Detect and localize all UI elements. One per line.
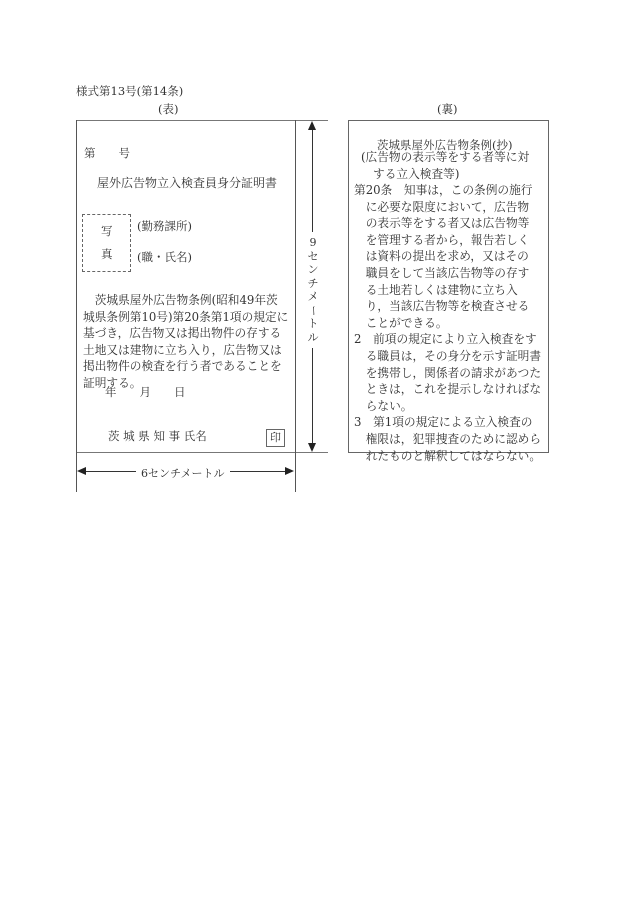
ordinance-subtitle: (広告物の表示等をする者等に対 する立入検査等) <box>361 149 529 182</box>
governor-signature: 茨 城 県 知 事 氏名 <box>108 431 207 443</box>
photo-placeholder: 写 真 <box>82 214 131 272</box>
article-line: 3 第1項の規定による立入検査の <box>354 414 541 431</box>
width-dimension-label: 6センチメートル <box>136 465 230 481</box>
office-field: (勤務課所) <box>137 221 192 233</box>
height-label-char: メ <box>306 290 320 304</box>
photo-label-1: 写 <box>101 226 113 238</box>
front-right-border <box>295 120 296 492</box>
height-label-char: ー <box>306 303 320 317</box>
article-line: に必要な限度において，広告物 <box>354 199 541 216</box>
article-line: は資料の提出を求め，又はその <box>354 248 541 265</box>
front-top-border <box>76 120 328 121</box>
article-line: を管理する者から，報告若しく <box>354 232 541 249</box>
article-line: の表示等をする者又は広告物等 <box>354 215 541 232</box>
arrow-left-icon <box>77 467 86 475</box>
certificate-number: 第 号 <box>84 148 130 160</box>
body-line: 土地又は建物に立ち入り，広告物又は <box>83 342 288 359</box>
height-label-char: チ <box>306 277 320 291</box>
photo-label-2: 真 <box>101 249 113 261</box>
article-line: る土地若しくは建物に立ち入 <box>354 282 541 299</box>
certificate-body: 茨城県屋外広告物条例(昭和49年茨 城県条例第10号)第20条第1項の規定に 基… <box>83 292 288 392</box>
seal-box: 印 <box>266 429 285 447</box>
back-heading: (裏) <box>437 104 457 116</box>
arrow-right-icon <box>285 467 294 475</box>
body-line: 城県条例第10号)第20条第1項の規定に <box>83 309 288 326</box>
article-line: 権限は，犯罪捜査のために認めら <box>354 431 541 448</box>
article-line: る職員は，その身分を示す証明書 <box>354 348 541 365</box>
ordinance-article-20: 第20条 知事は，この条例の施行 に必要な限度において，広告物 の表示等をする者… <box>354 182 541 464</box>
article-line: 2 前項の規定により立入検査をす <box>354 331 541 348</box>
front-heading: (表) <box>158 104 178 116</box>
date-line: 年 月 日 <box>105 387 186 399</box>
article-line: 職員をして当該広告物等の存す <box>354 265 541 282</box>
article-line: ことができる。 <box>354 315 541 332</box>
back-card: 茨城県屋外広告物条例(抄) (広告物の表示等をする者等に対 する立入検査等) 第… <box>348 120 549 453</box>
height-label-char: ル <box>306 331 320 345</box>
form-label: 様式第13号(第14条) <box>76 86 183 98</box>
height-label-char: セ <box>306 250 320 264</box>
subtitle-line: する立入検査等) <box>361 166 529 183</box>
article-line: 第20条 知事は，この条例の施行 <box>354 182 541 199</box>
arrow-up-icon <box>308 121 316 130</box>
height-label-char: ン <box>306 263 320 277</box>
position-name-field: (職・氏名) <box>137 252 192 264</box>
article-line: ときは，これを提示しなければな <box>354 381 541 398</box>
height-label-char: 9 <box>306 236 320 250</box>
subtitle-line: (広告物の表示等をする者等に対 <box>361 149 529 166</box>
body-line: 茨城県屋外広告物条例(昭和49年茨 <box>83 292 288 309</box>
article-line: を携帯し，関係者の請求があつた <box>354 365 541 382</box>
height-label-char: ト <box>306 317 320 331</box>
article-line: れたものと解釈してはならない。 <box>354 448 541 465</box>
body-line: 掲出物件の検査を行う者であることを <box>83 358 288 375</box>
front-left-border <box>76 120 77 492</box>
article-line: らない。 <box>354 398 541 415</box>
body-line: 基づき，広告物又は掲出物件の存する <box>83 325 288 342</box>
certificate-title: 屋外広告物立入検査員身分証明書 <box>97 177 277 189</box>
article-line: り，当該広告物等を検査させる <box>354 298 541 315</box>
front-bottom-border <box>76 452 328 453</box>
arrow-down-icon <box>308 443 316 452</box>
height-dimension-label: 9 セ ン チ メ ー ト ル <box>306 232 320 348</box>
